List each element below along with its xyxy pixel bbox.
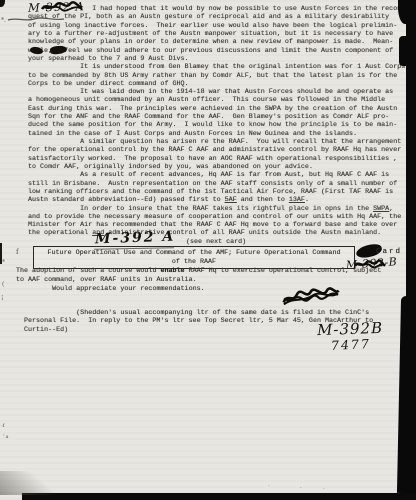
scan-shadow-bottom-left bbox=[0, 471, 56, 495]
scan-edge-bottom bbox=[22, 493, 416, 500]
typed-text-line: of using long inactive forces. Their ear… bbox=[28, 22, 405, 30]
handwritten-number-bottom: 7477 bbox=[331, 336, 372, 353]
letter-body-text: I had hoped that it would by now be poss… bbox=[28, 5, 405, 238]
ink-speck: ⋅ bbox=[268, 483, 270, 489]
typed-text-line: tained in the case of I Aust Corps and A… bbox=[28, 130, 405, 138]
ink-speck: ⋅ bbox=[323, 486, 325, 492]
scan-corner-mark bbox=[0, 0, 5, 7]
ink-speck: ¡ bbox=[1, 294, 3, 301]
scan-edge-right bbox=[406, 0, 416, 500]
typed-text-line: The adoption of such a course would enab… bbox=[16, 267, 381, 276]
typed-text-line: to Comdr AAF, originally indorsed by you… bbox=[28, 163, 405, 171]
typed-text-line: satisfactorily worked. The proposal to h… bbox=[28, 155, 405, 163]
typed-text-line: In order to insure that the RAAF takes i… bbox=[28, 205, 405, 213]
typed-text-line: to AAF command, over RAAF units in Austr… bbox=[16, 276, 381, 285]
scanned-document-page: I had hoped that it would by now be poss… bbox=[0, 0, 416, 500]
see-next-card-note: (see next card) bbox=[186, 238, 246, 246]
typed-text-line: your spearhead to the 7 and 9 Aust Divs. bbox=[28, 55, 405, 63]
paper-sheet: I had hoped that it would by now be poss… bbox=[0, 0, 416, 500]
ink-speck: ʹ a bbox=[2, 434, 8, 440]
typed-text-line: Corps to be under direct command of GHQ. bbox=[28, 80, 405, 88]
typed-text-line: As a result of recent advances, Hq AAF i… bbox=[28, 171, 405, 179]
typed-text-line: while, I feel we should adhere to our pr… bbox=[28, 47, 405, 55]
typed-text-line: ary to a further re-adjustment of the Au… bbox=[28, 30, 405, 38]
card-title-box: Future Operational Use and Command of th… bbox=[33, 246, 355, 269]
ink-scribble-top bbox=[41, 1, 83, 13]
typed-text-line: knowledge of your plans in order to dete… bbox=[28, 38, 405, 46]
card-title-line1: Future Operational Use and Command of th… bbox=[48, 249, 341, 258]
typed-text-line: and to provide the necessary measure of … bbox=[28, 213, 405, 221]
typed-text-line: It is understood from Gen Blamey that th… bbox=[28, 63, 405, 71]
typed-text-line: the operational and administrative contr… bbox=[28, 229, 405, 237]
typed-text-line: for the operational control by the RAAF … bbox=[28, 146, 405, 154]
typed-text-line: East during this war. The principles wer… bbox=[28, 105, 405, 113]
typed-text-line: duced the same position for the Army. I … bbox=[28, 121, 405, 129]
typed-text-line: to be commanded by 8th US Army rather th… bbox=[28, 72, 405, 80]
ink-strike-questof bbox=[7, 16, 65, 23]
ink-speck: *. bbox=[1, 17, 6, 24]
ink-speck: ⋅ bbox=[300, 485, 302, 491]
ink-speck: * bbox=[2, 259, 5, 266]
typed-text-line: low ranking officers and the command of … bbox=[28, 188, 405, 196]
card-title-line2: of the RAAF bbox=[172, 258, 216, 267]
typed-text-line: quest of the PI, both as an Austn gestur… bbox=[28, 13, 405, 21]
scan-edge-artifact bbox=[0, 243, 2, 264]
typed-text-line: still in Brisbane. Austn representation … bbox=[28, 180, 405, 188]
ink-speck: ( bbox=[2, 281, 4, 288]
typed-text-line: a homogeneous unit commanded by an Austn… bbox=[28, 96, 405, 104]
handwritten-archive-id-mid: M-392 A bbox=[95, 229, 176, 248]
typed-text-line: Austn standard abbreviation--Ed) passed … bbox=[28, 196, 405, 204]
ink-speck: f bbox=[16, 248, 19, 256]
ink-speck: ⋅f bbox=[1, 423, 5, 429]
